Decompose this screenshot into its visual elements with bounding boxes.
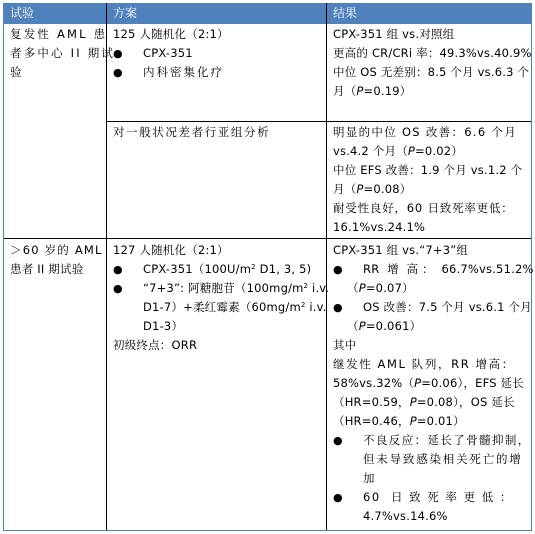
- row2-trial: ＞60 岁的 AML 患者 II 期试验: [10, 241, 103, 279]
- bullet-continuation: 加: [333, 469, 534, 488]
- result-line: 16.1%vs.24.1%: [333, 218, 522, 237]
- row2-result: CPX-351 组 vs.“7+3”组 ● RR 增 高 ： 66.7%vs.5…: [333, 241, 534, 526]
- bullet-continuation: 4.7%vs.14.6%: [333, 507, 534, 526]
- result-heading: CPX-351 组 vs.“7+3”组: [333, 241, 534, 260]
- scheme-bullet: ● 内科密集化疗: [113, 63, 229, 82]
- result-bullet: ● 不良反应：延长了骨髓抑制，: [333, 431, 534, 450]
- bullet-text: OS 改善：7.5 个月 vs.6.1 个月: [363, 298, 532, 317]
- scheme-intro: 125 人随机化（2:1）: [113, 25, 229, 44]
- row-divider: [4, 238, 531, 239]
- result-line: 更高的 CR/CRi 率：49.3%vs.40.9%: [333, 44, 532, 63]
- scheme-bullet: ● CPX-351: [113, 44, 229, 63]
- bullet-icon: ●: [333, 298, 363, 317]
- result-line: （HR=0.46，P=0.01）: [333, 412, 534, 431]
- result-line: 耐受性良好，60 日致死率更低：: [333, 199, 522, 218]
- row1-subgroup-result: 明显的中位 OS 改善：6.6 个月 vs.4.2 个月（P=0.02） 中位 …: [333, 123, 522, 237]
- bullet-continuation: D1-7）+柔红霉素（60mg/m2 i.v.: [113, 298, 329, 317]
- result-line: 月（P=0.08）: [333, 180, 522, 199]
- row1-trial: 复发性 AML 患 者多中心 II 期试 验: [10, 25, 115, 82]
- result-line: 58%vs.32%（P=0.06），EFS 延长: [333, 374, 534, 393]
- result-bullet: ● RR 增 高 ： 66.7%vs.51.2%: [333, 260, 534, 279]
- result-line: vs.4.2 个月（P=0.02）: [333, 142, 522, 161]
- bullet-icon: ●: [333, 260, 363, 279]
- trial-line: 验: [10, 63, 115, 82]
- header-scheme: 方案: [113, 5, 137, 22]
- bullet-continuation: 但未导致感染相关死亡的增: [333, 450, 534, 469]
- row1-subgroup-scheme: 对一般状况差者行亚组分析: [113, 123, 270, 142]
- trial-line: 复发性 AML 患: [10, 25, 115, 44]
- bullet-text: CPX-351（100U/m2 D1, 3, 5): [143, 260, 311, 279]
- result-line: CPX-351 组 vs.对照组: [333, 25, 532, 44]
- scheme-intro: 对一般状况差者行亚组分析: [113, 123, 270, 142]
- column-divider-1: [106, 3, 107, 530]
- trial-line: ＞60 岁的 AML: [10, 241, 103, 260]
- bullet-continuation: D1-3）: [113, 317, 329, 336]
- header-result: 结果: [333, 5, 357, 22]
- row1-result: CPX-351 组 vs.对照组 更高的 CR/CRi 率：49.3%vs.40…: [333, 25, 532, 101]
- bullet-text: “7+3”: 阿糖胞苷（100mg/m2 i.v.: [143, 279, 329, 298]
- trial-comparison-table: 试验 方案 结果 复发性 AML 患 者多中心 II 期试 验 125 人随机化…: [3, 3, 532, 531]
- result-line: 中位 EFS 改善：1.9 个月 vs.1.2 个: [333, 161, 522, 180]
- result-line: （HR=0.59，P=0.08），OS 延长: [333, 393, 534, 412]
- trial-line: 患者 II 期试验: [10, 260, 103, 279]
- result-subheading: 其中: [333, 336, 534, 355]
- bullet-icon: ●: [113, 279, 143, 298]
- row2-scheme: 127 人随机化（2:1） ● CPX-351（100U/m2 D1, 3, 5…: [113, 241, 329, 355]
- result-bullet: ● OS 改善：7.5 个月 vs.6.1 个月: [333, 298, 534, 317]
- bullet-continuation: （P=0.061）: [333, 317, 534, 336]
- bullet-text: 60 日 致 死 率 更 低 ：: [363, 488, 513, 507]
- bullet-text: RR 增 高 ： 66.7%vs.51.2%: [363, 260, 534, 279]
- result-line: 中位 OS 无差别：8.5 个月 vs.6.3 个: [333, 63, 532, 82]
- bullet-text: 内科密集化疗: [143, 63, 224, 82]
- table-header: 试验 方案 结果: [4, 3, 531, 24]
- primary-endpoint: 初级终点：ORR: [113, 336, 329, 355]
- result-bullet: ● 60 日 致 死 率 更 低 ：: [333, 488, 534, 507]
- bullet-icon: ●: [113, 63, 143, 82]
- result-line: 月（P=0.19）: [333, 82, 532, 101]
- bullet-text: CPX-351: [143, 44, 193, 63]
- result-line: 继发性 AML 队列，RR 增高：: [333, 355, 534, 374]
- scheme-intro: 127 人随机化（2:1）: [113, 241, 329, 260]
- bullet-icon: ●: [113, 44, 143, 63]
- scheme-bullet: ● “7+3”: 阿糖胞苷（100mg/m2 i.v.: [113, 279, 329, 298]
- result-line: 明显的中位 OS 改善：6.6 个月: [333, 123, 522, 142]
- bullet-icon: ●: [333, 488, 363, 507]
- bullet-text: 不良反应：延长了骨髓抑制，: [363, 431, 531, 450]
- subrow-divider: [106, 121, 531, 122]
- header-trial: 试验: [10, 5, 34, 22]
- bullet-icon: ●: [113, 260, 143, 279]
- row1-scheme: 125 人随机化（2:1） ● CPX-351 ● 内科密集化疗: [113, 25, 229, 82]
- scheme-bullet: ● CPX-351（100U/m2 D1, 3, 5): [113, 260, 329, 279]
- bullet-icon: ●: [333, 431, 363, 450]
- bullet-continuation: （P=0.07）: [333, 279, 534, 298]
- trial-line: 者多中心 II 期试: [10, 44, 115, 63]
